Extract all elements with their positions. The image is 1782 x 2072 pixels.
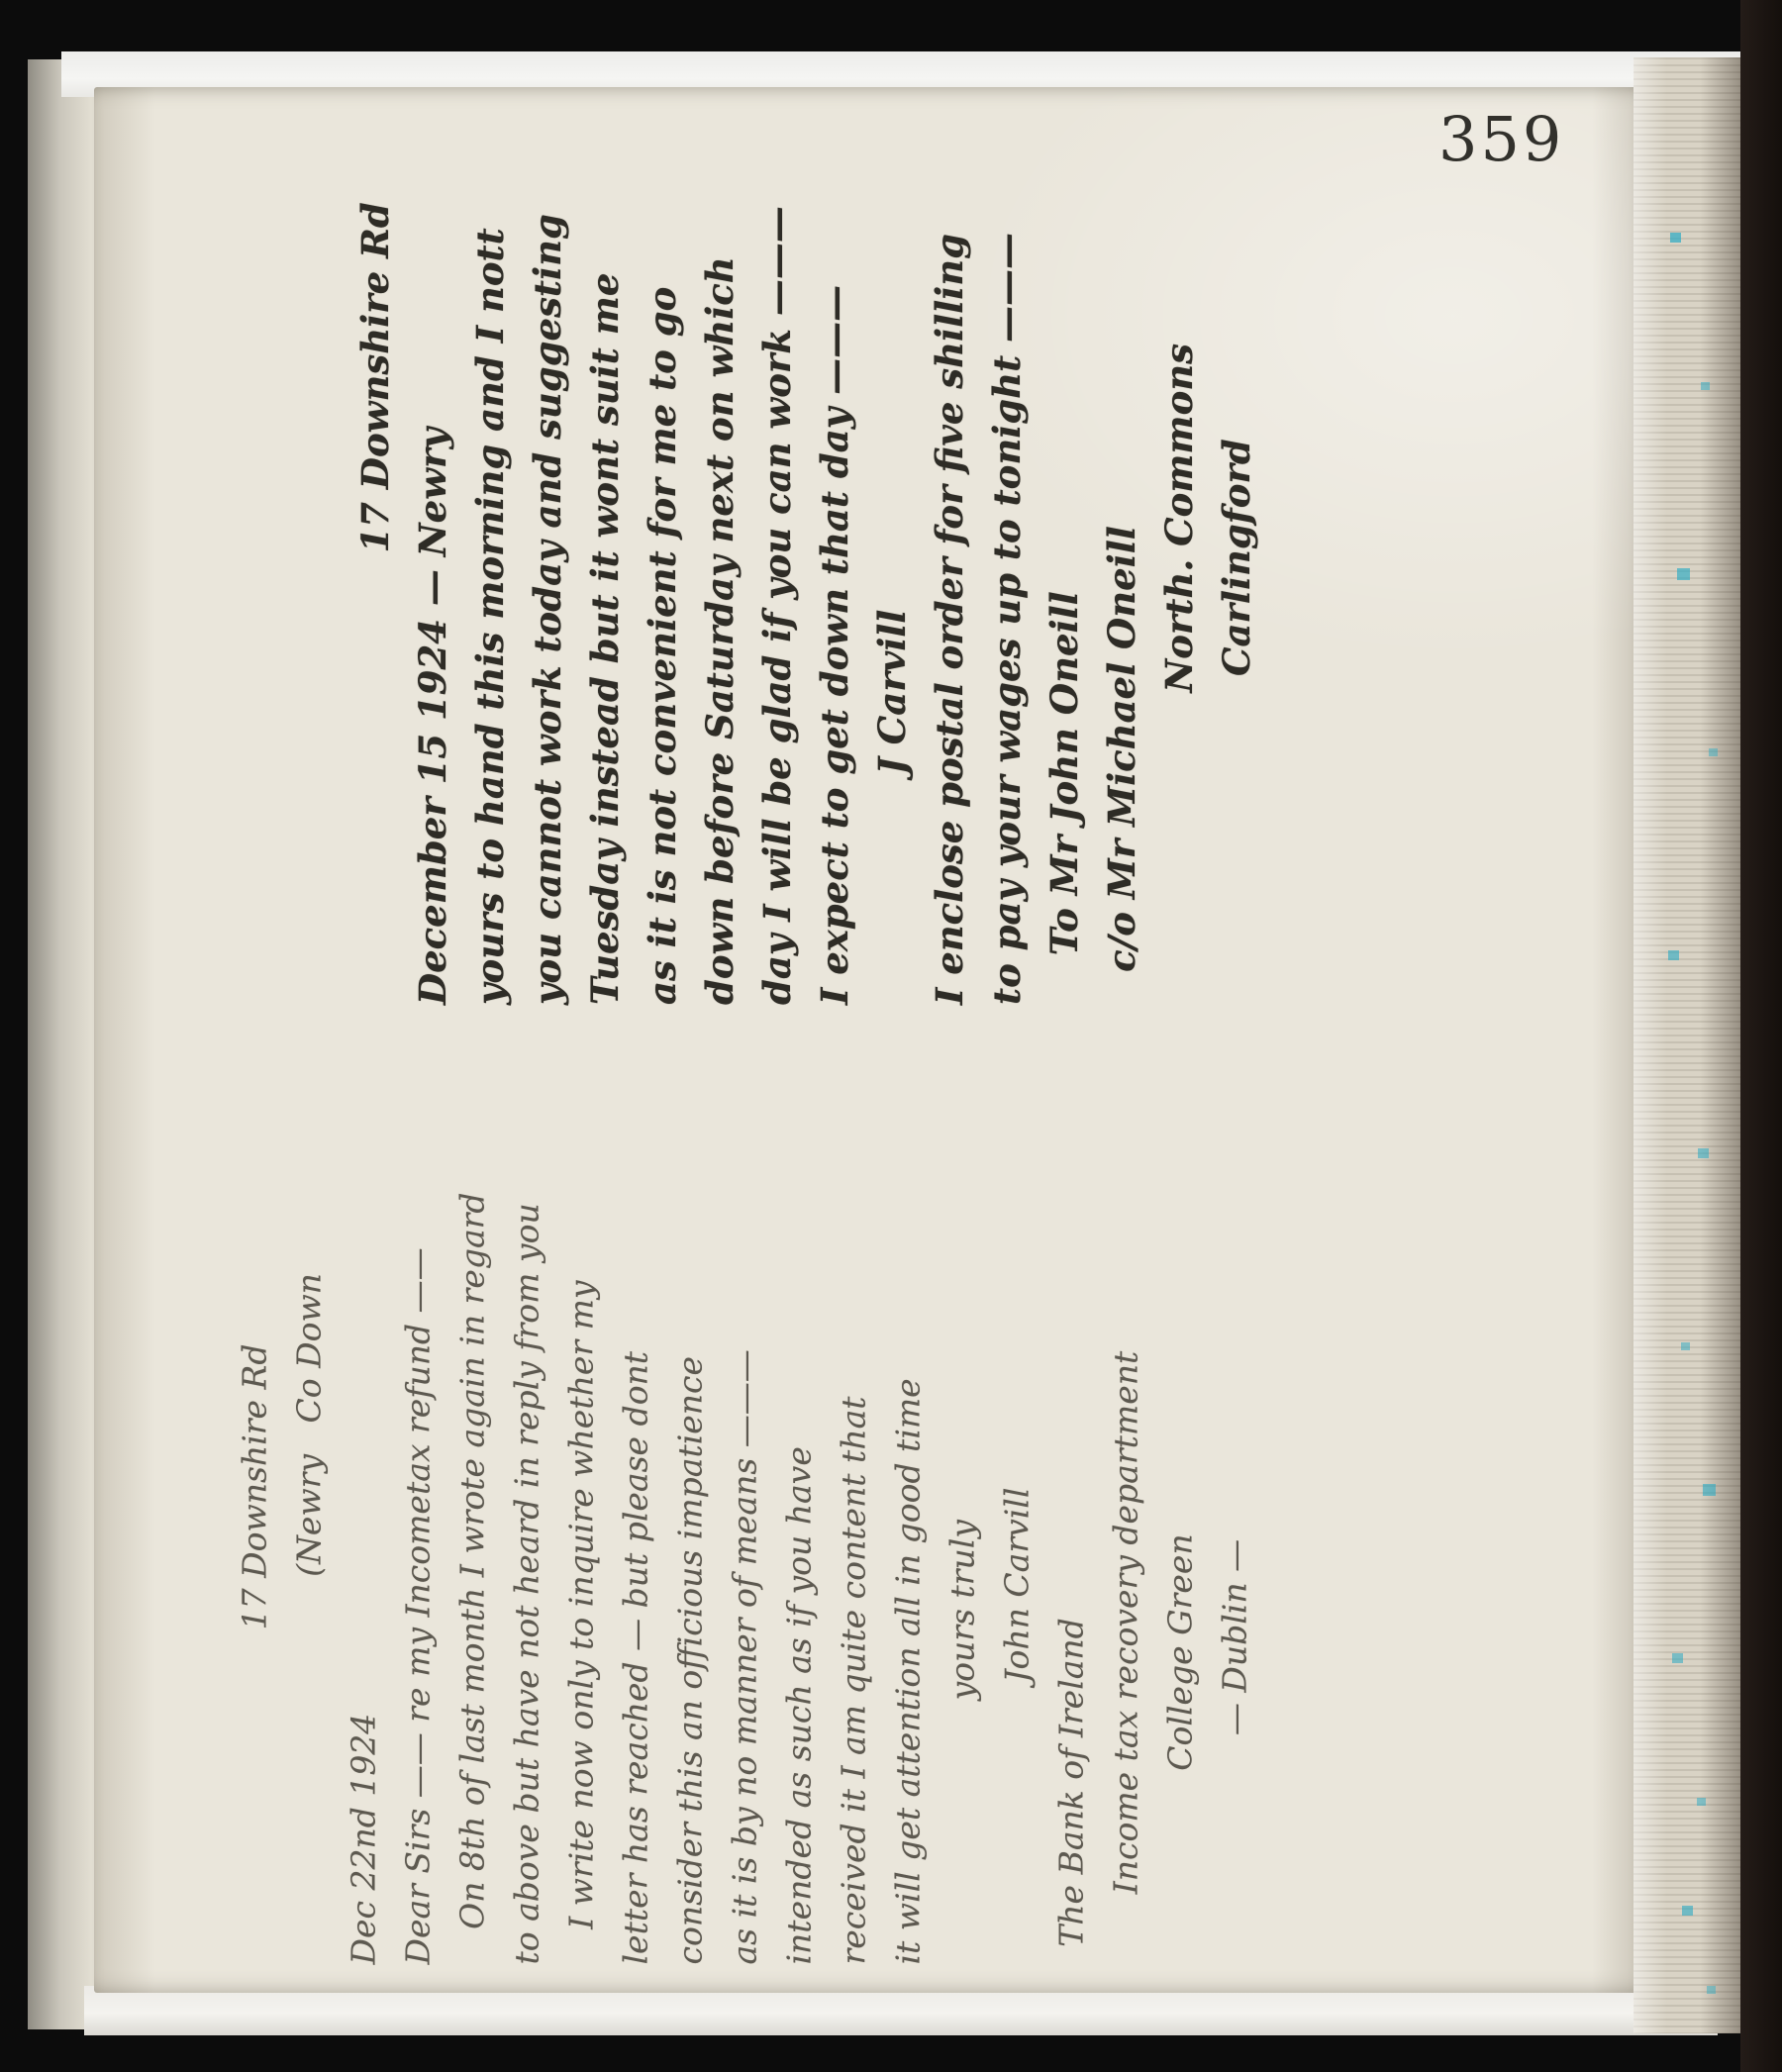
book-cover-edge (1740, 0, 1782, 2072)
letter-body-line: as it is not convenient for me to go (634, 183, 691, 1005)
letter-addressee: North. Commons (1150, 183, 1208, 693)
page-stack-fore-edge (1633, 57, 1744, 2033)
letter-body-line: received it I am quite content that (827, 1084, 881, 1965)
blue-speckle-marks-edge (1663, 57, 1668, 61)
letter-body-line: Tuesday instead but it wont suit me (576, 183, 634, 1005)
letter-addressee: The Bank of Ireland (1044, 1084, 1099, 1947)
letter-addressee: Income tax recovery department (1099, 1084, 1153, 1895)
letter-1924-12-15: 17 Downshire Rd December 15 1924 — Newry… (346, 183, 1277, 1005)
letter-addressee: Carlingford (1208, 183, 1265, 676)
letter-body-line: as it is by no manner of means ——— (718, 1084, 772, 1965)
letter-1924-12-22: 17 Downshire Rd (Newry Co Down Dec 22nd … (228, 1084, 1262, 1965)
letter-body-line: letter has reached — but please dont (609, 1084, 663, 1965)
letter-body-line: I write now only to inquire whether my (554, 1084, 609, 1929)
letter-signature: J Carvill (863, 183, 921, 775)
letter-dateline: Dec 22nd 1924 (337, 1084, 391, 1965)
letter-body-line: On 8th of last month I wrote again in re… (445, 1084, 500, 1929)
underlying-page-edge-bottom (84, 1986, 1718, 2035)
letter-body-line: to pay your wages up to tonight ——— (978, 183, 1036, 1005)
letter-addressee: College Green (1153, 1084, 1208, 1771)
letter-signature: John Carvill (990, 1084, 1044, 1683)
letter-closing: yours truly (936, 1084, 990, 1701)
letter-body-line: to above but have not heard in reply fro… (500, 1084, 554, 1965)
letter-body-line: intended as such as if you have (772, 1084, 827, 1965)
book-photo: 359 17 Downshire Rd December 15 1924 — N… (0, 0, 1782, 2072)
letter-heading-address: 17 Downshire Rd (228, 1084, 282, 1630)
letter-salutation: Dear Sirs —— re my Incometax refund —— (391, 1084, 445, 1965)
page-number: 359 (1438, 103, 1564, 175)
letter-heading-address: (Newry Co Down (282, 1084, 337, 1577)
letter-addressee: — Dublin — (1208, 1084, 1262, 1736)
letter-addressee: To Mr John Oneill (1036, 183, 1093, 955)
letter-body-line: you cannot work today and suggesting (519, 183, 576, 1005)
letter-body-line: I enclose postal order for five shilling (921, 183, 978, 1005)
letter-body-line: yours to hand this morning and I nott (461, 183, 519, 1005)
letter-addressee: c/o Mr Michael Oneill (1093, 183, 1150, 972)
letter-body-line: consider this an officious impatience (663, 1084, 718, 1965)
letter-body-line: I expect to get down that day ——— (806, 183, 863, 1005)
letter-body-line: day I will be glad if you can work ——— (748, 183, 806, 1005)
blue-speckle-marks-top (61, 91, 65, 94)
letter-dateline: December 15 1924 — Newry (404, 183, 461, 1005)
letter-body-line: down before Saturday next on which (691, 183, 748, 1005)
letter-body-line: it will get attention all in good time (881, 1084, 936, 1965)
letter-heading-address: 17 Downshire Rd (346, 183, 404, 553)
